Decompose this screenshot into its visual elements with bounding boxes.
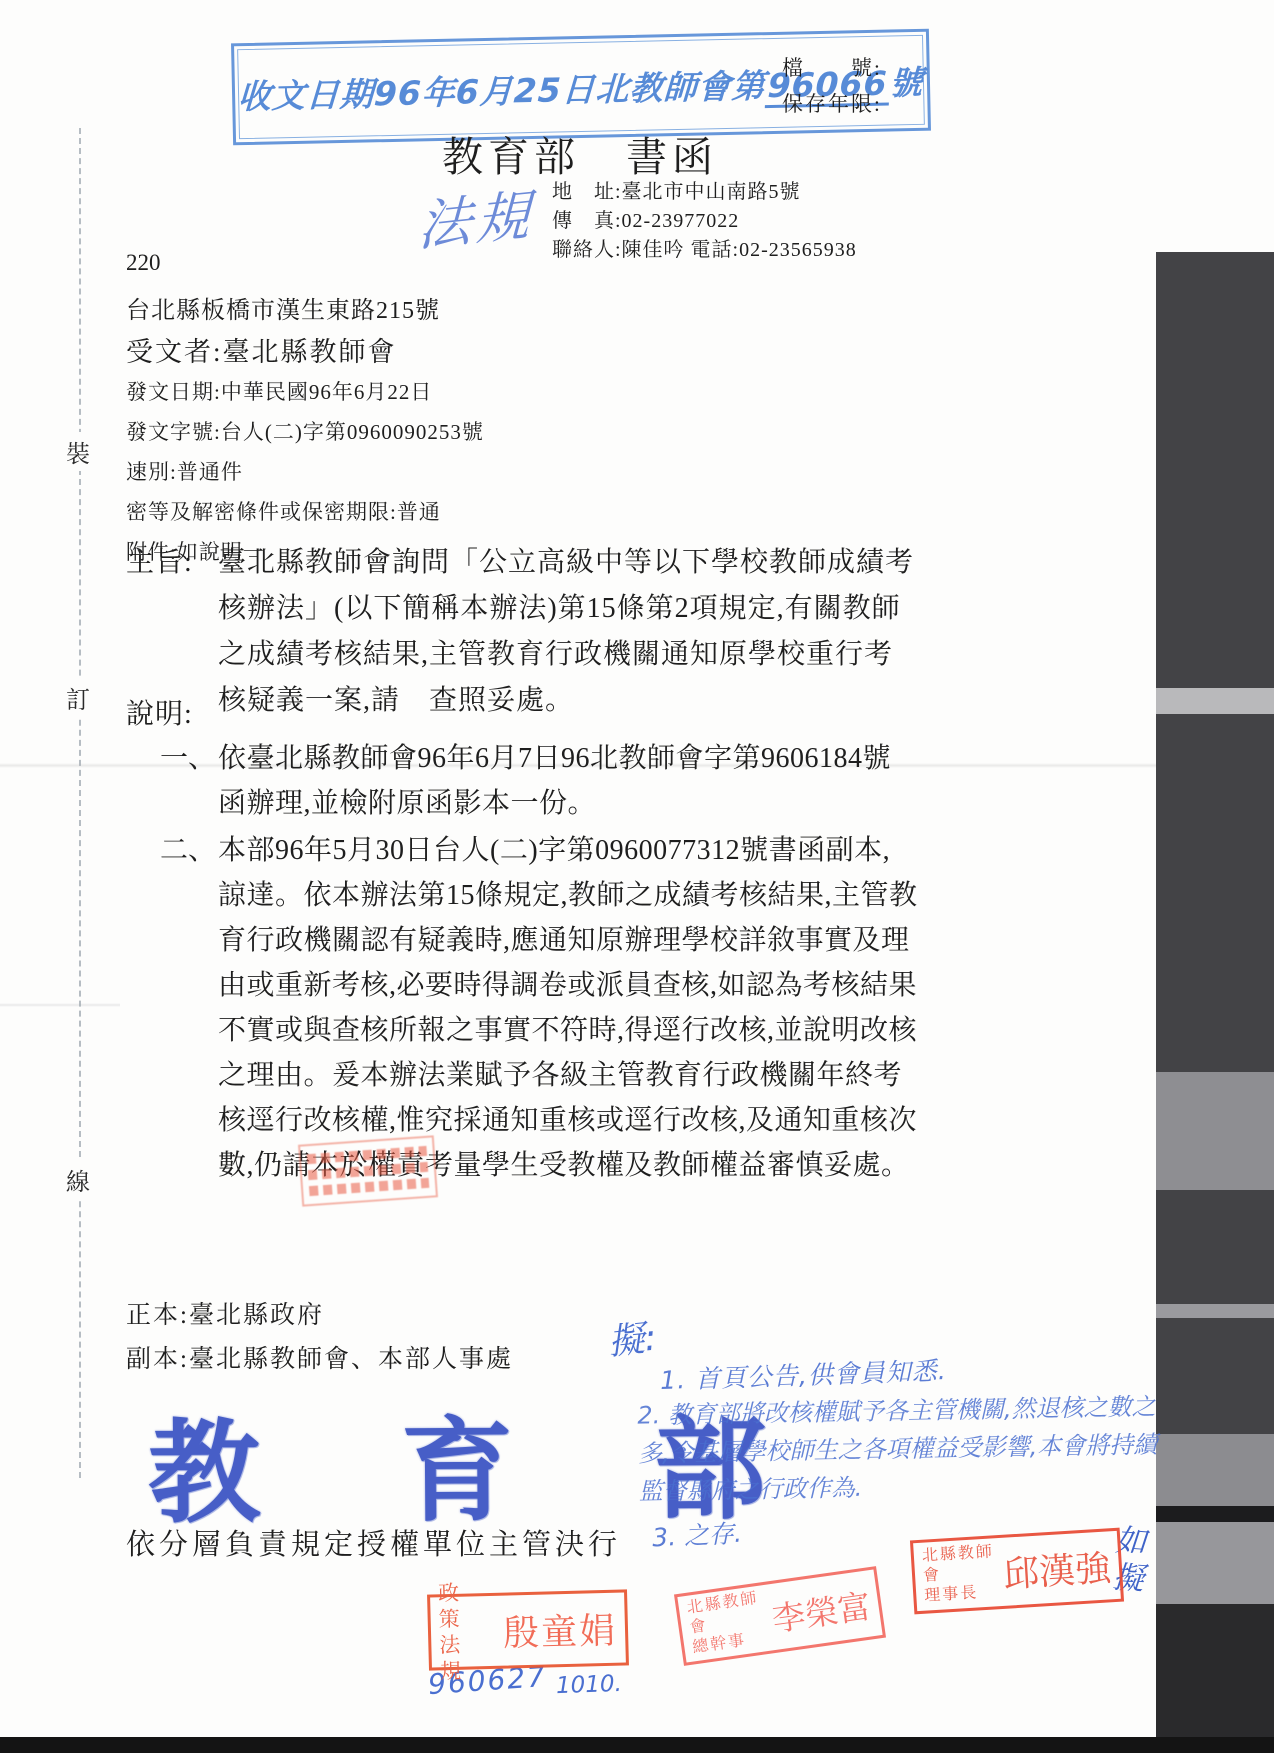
stamp-name: 李榮富 <box>769 1580 874 1640</box>
postal-code: 220 <box>126 250 161 276</box>
contact-person: 聯絡人:陳佳吟 電話:02-23565938 <box>552 236 857 265</box>
binding-label-zhuang: 裝 <box>66 432 90 471</box>
faint-stamp-row <box>307 1146 427 1164</box>
law-unit-handwriting: 法規 <box>417 172 535 262</box>
stamp-unit-top: 北縣教師會 <box>921 1542 997 1586</box>
binding-dotted-line <box>79 128 81 1478</box>
draft-label-handwriting: 擬: <box>605 1310 658 1366</box>
faint-stamp-row <box>309 1178 429 1196</box>
speed-class-line: 速別:普通件 <box>126 452 484 492</box>
explanation-label: 說明: <box>126 692 193 732</box>
scan-band-segment <box>1156 1072 1274 1190</box>
scanned-official-letter: 裝 訂 線 收文日期96年6月25日北教師會第96066號 檔 號: 保存年限:… <box>0 0 1274 1753</box>
item-number: 一、 <box>160 736 218 826</box>
binding-label-ding: 訂 <box>66 678 90 717</box>
stamp-unit-top: 政 策 <box>438 1578 497 1632</box>
scanner-edge-band <box>1156 252 1274 1753</box>
stamp-unit-text: 政 策 法 規 <box>438 1578 499 1684</box>
seal-char: 育 <box>400 1382 513 1544</box>
scan-band-segment <box>1156 1522 1274 1604</box>
explanation-item-2: 二、 本部96年5月30日台人(二)字第0960077312號書函副本,諒達。依… <box>160 828 920 1188</box>
draft-note-2: 2. 教育部將改核權賦予各主管機關,然退核之數之多,令基層學校師生之各項權益受影… <box>637 1387 1169 1510</box>
stamp-name: 殷童娟 <box>502 1602 617 1656</box>
recipient-address: 台北縣板橋市漢生東路215號 <box>126 290 440 325</box>
stamp-unit-bottom: 法 規 <box>439 1631 498 1685</box>
draft-note-3: 3. 之存. <box>651 1514 743 1555</box>
scan-band-segment <box>1156 688 1274 714</box>
item-text: 依臺北縣教師會96年6月7日96北教師會字第9606184號函辦理,並檢附原函影… <box>218 736 918 826</box>
contact-fax: 傳 真:02-23977022 <box>552 207 857 236</box>
contact-address: 地 址:臺北市中山南路5號 <box>552 178 857 207</box>
cc-copy-line: 副本:臺北縣教師會、本部人事處 <box>126 1338 513 1382</box>
scan-band-segment <box>1156 1304 1274 1318</box>
scan-band-segment <box>1156 1506 1274 1522</box>
paper-crease <box>0 1003 120 1007</box>
received-stamp-prefix: 收文日期96年6月25日北教師會第 <box>237 66 767 116</box>
delegation-line: 依分層負責規定授權單位主管決行 <box>126 1522 621 1563</box>
retention-label: 保存年限: <box>782 86 882 122</box>
faint-stamp-row <box>308 1162 428 1180</box>
stamp-unit-bottom: 理事長 <box>924 1582 999 1606</box>
faint-receipt-stamp <box>298 1135 438 1206</box>
subject-section: 主旨: 臺北縣教師會詢問「公立高級中等以下學校教師成績考核辦法」(以下簡稱本辦法… <box>126 540 926 724</box>
contact-block: 地 址:臺北市中山南路5號 傳 真:02-23977022 聯絡人:陳佳吟 電話… <box>552 178 857 265</box>
policy-law-unit-stamp: 政 策 法 規 殷童娟 <box>427 1589 629 1670</box>
binding-label-xian: 線 <box>66 1160 90 1199</box>
item-text: 本部96年5月30日台人(二)字第0960077312號書函副本,諒達。依本辦法… <box>218 828 918 1188</box>
received-stamp-suffix: 號 <box>889 62 925 102</box>
item-number: 二、 <box>160 828 218 1188</box>
issue-number-line: 發文字號:台人(二)字第0960090253號 <box>126 412 484 452</box>
seal-char: 教 <box>147 1383 260 1545</box>
original-copy-line: 正本:臺北縣政府 <box>126 1294 513 1338</box>
explanation-item-1: 一、 依臺北縣教師會96年6月7日96北教師會字第9606184號函辦理,並檢附… <box>160 736 920 826</box>
copies-block: 正本:臺北縣政府 副本:臺北縣教師會、本部人事處 <box>126 1294 513 1382</box>
stamp-unit-text: 北縣教師會 理事長 <box>921 1542 999 1606</box>
scan-band-segment <box>1156 1434 1274 1506</box>
draft-note-1: 1. 首頁公告,供會員知悉. <box>659 1351 947 1397</box>
handwritten-time: 1010. <box>556 1671 623 1699</box>
security-class-line: 密等及解密條件或保密期限:普通 <box>126 492 484 532</box>
scan-band-segment <box>1156 1604 1274 1753</box>
file-number-label: 檔 號: <box>782 50 882 86</box>
subject-text: 臺北縣教師會詢問「公立高級中等以下學校教師成績考核辦法」(以下簡稱本辦法)第15… <box>218 540 918 724</box>
stamp-name: 邱漢強 <box>1001 1540 1112 1597</box>
issue-date-line: 發文日期:中華民國96年6月22日 <box>126 372 484 412</box>
file-number-block: 檔 號: 保存年限: <box>782 50 882 122</box>
stamp-unit-text: 北縣教師會 總幹事 <box>686 1588 771 1658</box>
chairman-stamp: 北縣教師會 理事長 邱漢強 <box>910 1528 1124 1615</box>
scanner-bottom-band <box>0 1737 1274 1753</box>
document-title: 教育部 書函 <box>370 124 790 183</box>
recipient-line: 受文者:臺北縣教師會 <box>126 330 397 369</box>
secretary-general-stamp: 北縣教師會 總幹事 李榮富 <box>674 1566 886 1666</box>
